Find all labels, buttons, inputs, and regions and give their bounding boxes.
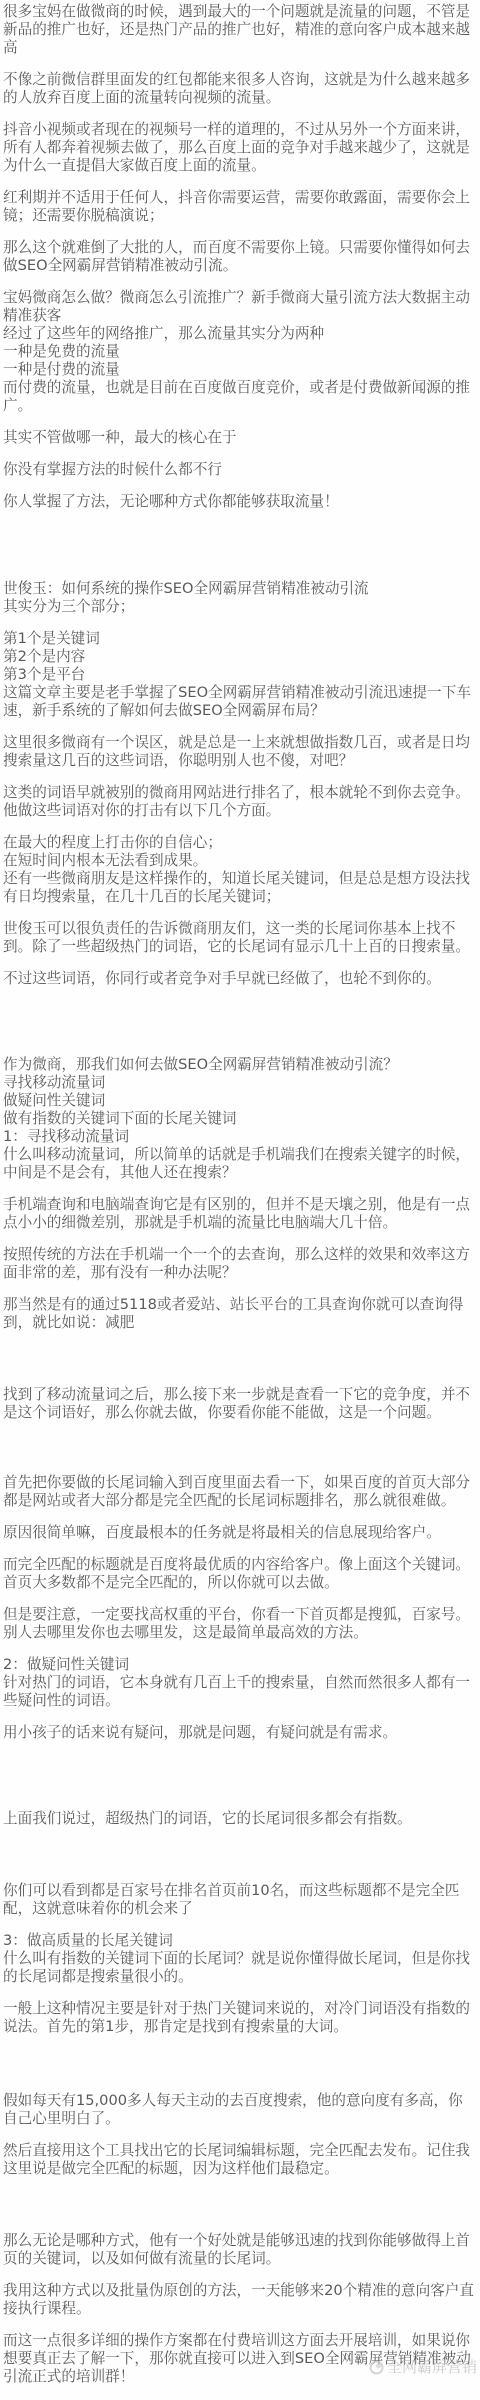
text-block: 第1个是关键词第2个是内容第3个是平台这篇文章主要是老手掌握了SEO全网霸屏营销… [3,630,477,720]
paragraph: 第3个是平台 [3,666,477,684]
paragraph: 红利期并不适用于任何人，抖音你需要运营，需要你敢露面，需要你会上镜；还需要你脱稿… [3,189,477,225]
text-block: 抖音小视频或者现在的视频号一样的道理的，不过从另外一个方面来讲，所有人都奔着视频… [3,121,477,175]
text-block: 然后直接用这个工具找出它的长尾词编辑标题，完全匹配去发布。记住我这里说是做完全匹… [3,2142,477,2178]
paragraph: 上面我们说过，超级热门的词语，它的长尾词很多都会有指数。 [3,1810,477,1828]
paragraph: 针对热门的词语，它本身就有几百上千的搜索量，自然而然很多人都有一些疑问性的词语。 [3,1674,477,1710]
text-block: 假如每天有15,000多人每天主动的去百度搜索，他的意向度有多高，你自己心里明白… [3,2092,477,2128]
paragraph: 我用这种方式以及批量伪原创的方法，一天能够来20个精准的意向客户直接执行课程。 [3,2282,477,2318]
text-block: 世俊玉可以很负责任的告诉微商朋友们，这一类的长尾词你基本上找不到。除了一些超级热… [3,920,477,956]
text-block: 原因很简单嘛，百度最根本的任务就是将最相关的信息展现给客户。 [3,1524,477,1542]
text-block: 上面我们说过，超级热门的词语，它的长尾词很多都会有指数。 [3,1810,477,1828]
paragraph: 但是要注意，一定要找高权重的平台，你看一下首页都是搜狐，百家号。别人去哪里发你也… [3,1606,477,1642]
paragraph: 其实分为三个部分； [3,598,477,616]
paragraph: 找到了移动流量词之后，那么接下来一步就是查看一下它的竞争度，并不是这个词语好，那… [3,1386,477,1422]
text-block: 一般上这种情况主要是针对于热门关键词来说的，对冷门词语没有指数的说法。首先的第1… [3,2000,477,2036]
paragraph: 经过了这些年的网络推广，那么流量其实分为两种 [3,325,477,343]
paragraph: 做有指数的关键词下面的长尾关键词 [3,1110,477,1128]
text-block: 在最大的程度上打击你的自信心；在短时间内根本无法看到成果。还有一些微商朋友是这样… [3,834,477,906]
paragraph: 在短时间内根本无法看到成果。 [3,852,477,870]
paragraph: 这里很多微商有一个误区，就是总是一上来就想做指数几百，或者是日均搜索量这几百的这… [3,734,477,770]
paragraph: 作为微商，那我们如何去做SEO全网霸屏营销精准被动引流？ [3,1056,477,1074]
paragraph: 这类的词语早就被别的微商用网站进行排名了，根本就轮不到你去竞争。他做这些词语对你… [3,784,477,820]
paragraph: 那当然是有的通过5118或者爱站、站长平台的工具查询你就可以查询得到，就比如说：… [3,1296,477,1332]
text-block: 但是要注意，一定要找高权重的平台，你看一下首页都是搜狐，百家号。别人去哪里发你也… [3,1606,477,1642]
paragraph: 而这一点很多详细的操作方案都在付费培训这方面去开展培训，如果说你想要真正去了解一… [3,2332,477,2386]
paragraph: 而付费的流量，也就是目前在百度做百度竞价，或者是付费做新闻源的推广。 [3,379,477,415]
paragraph: 用小孩子的话来说有疑问，那就是问题，有疑问就是有需求。 [3,1724,477,1742]
text-block: 这类的词语早就被别的微商用网站进行排名了，根本就轮不到你去竞争。他做这些词语对你… [3,784,477,820]
text-block: 其实不管做哪一种，最大的核心在于 [3,429,477,447]
paragraph: 什么叫移动流量词，所以简单的话就是手机端我们在搜索关键字的时候，中间是不是会有，… [3,1146,477,1182]
paragraph: 很多宝妈在做微商的时候，遇到最大的一个问题就是流量的问题，不管是新品的推广也好，… [3,3,477,57]
paragraph: 3：做高质量的长尾关键词 [3,1932,477,1950]
paragraph: 第2个是内容 [3,648,477,666]
paragraph: 然后直接用这个工具找出它的长尾词编辑标题，完全匹配去发布。记住我这里说是做完全匹… [3,2142,477,2178]
paragraph: 一种是免费的流量 [3,343,477,361]
paragraph: 其实不管做哪一种，最大的核心在于 [3,429,477,447]
paragraph: 而完全匹配的标题就是百度将最优质的内容给客户。像上面这个关键词。首页大多数都不是… [3,1556,477,1592]
paragraph: 世俊玉：如何系统的操作SEO全网霸屏营销精准被动引流 [3,580,477,598]
paragraph: 你没有掌握方法的时候什么都不行 [3,461,477,479]
text-block: 那么这个就难倒了大批的人，而百度不需要你上镜。只需要你懂得如何去做SEO全网霸屏… [3,239,477,275]
paragraph: 原因很简单嘛，百度最根本的任务就是将最相关的信息展现给客户。 [3,1524,477,1542]
paragraph: 在最大的程度上打击你的自信心； [3,834,477,852]
paragraph: 你人掌握了方法，无论哪种方式你都能够获取流量！ [3,493,477,511]
paragraph: 1：寻找移动流量词 [3,1128,477,1146]
text-block: 你人掌握了方法，无论哪种方式你都能够获取流量！ [3,493,477,511]
text-block: 不过这些词语，你同行或者竞争对手早就已经做了，也轮不到你的。 [3,970,477,988]
text-block: 作为微商，那我们如何去做SEO全网霸屏营销精准被动引流？寻找移动流量词做疑问性关… [3,1056,477,1182]
paragraph: 那么这个就难倒了大批的人，而百度不需要你上镜。只需要你懂得如何去做SEO全网霸屏… [3,239,477,275]
paragraph: 做疑问性关键词 [3,1092,477,1110]
text-block: 你没有掌握方法的时候什么都不行 [3,461,477,479]
paragraph: 首先把你要做的长尾词输入到百度里面去看一下，如果百度的首页大部分都是网站或者大部… [3,1474,477,1510]
text-block: 而完全匹配的标题就是百度将最优质的内容给客户。像上面这个关键词。首页大多数都不是… [3,1556,477,1592]
text-block: 不像之前微信群里面发的红包都能来很多人咨询，这就是为什么越来越多的人放弃百度上面… [3,71,477,107]
text-block: 世俊玉：如何系统的操作SEO全网霸屏营销精准被动引流其实分为三个部分； [3,580,477,616]
paragraph: 2：做疑问性关键词 [3,1656,477,1674]
paragraph: 按照传统的方法在手机端一个一个的去查询，那么这样的效果和效率这方面非常的差，那有… [3,1246,477,1282]
paragraph: 一般上这种情况主要是针对于热门关键词来说的，对冷门词语没有指数的说法。首先的第1… [3,2000,477,2036]
text-block: 我用这种方式以及批量伪原创的方法，一天能够来20个精准的意向客户直接执行课程。 [3,2282,477,2318]
text-block: 你们可以看到都是百家号在排名首页前10名，而这些标题都不是完全匹配，这就意味着你… [3,1882,477,1918]
paragraph: 一种是付费的流量 [3,361,477,379]
paragraph: 还有一些微商朋友是这样操作的，知道长尾关键词，但是总是想方设法找有日均搜索量，在… [3,870,477,906]
paragraph: 不过这些词语，你同行或者竞争对手早就已经做了，也轮不到你的。 [3,970,477,988]
text-block: 红利期并不适用于任何人，抖音你需要运营，需要你敢露面，需要你会上镜；还需要你脱稿… [3,189,477,225]
paragraph: 什么叫有指数的关键词下面的长尾词？就是说你懂得做长尾词，但是你找的长尾词都是搜索… [3,1950,477,1986]
article-body: 很多宝妈在做微商的时候，遇到最大的一个问题就是流量的问题，不管是新品的推广也好，… [0,0,480,2386]
text-block: 按照传统的方法在手机端一个一个的去查询，那么这样的效果和效率这方面非常的差，那有… [3,1246,477,1282]
paragraph: 第1个是关键词 [3,630,477,648]
text-block: 宝妈微商怎么做？微商怎么引流推广？新手微商大量引流方法大数据主动精准获客经过了这… [3,289,477,415]
paragraph: 那么无论是哪种方式，他有一个好处就是能够迅速的找到你能够做得上首页的关键词，以及… [3,2232,477,2268]
paragraph: 手机端查询和电脑端查询它是有区别的，但并不是天壤之别，他是有一点点小小的细微差别… [3,1196,477,1232]
article-page: 很多宝妈在做微商的时候，遇到最大的一个问题就是流量的问题，不管是新品的推广也好，… [0,0,480,2400]
text-block: 首先把你要做的长尾词输入到百度里面去看一下，如果百度的首页大部分都是网站或者大部… [3,1474,477,1510]
text-block: 这里很多微商有一个误区，就是总是一上来就想做指数几百，或者是日均搜索量这几百的这… [3,734,477,770]
paragraph: 世俊玉可以很负责任的告诉微商朋友们，这一类的长尾词你基本上找不到。除了一些超级热… [3,920,477,956]
text-block: 用小孩子的话来说有疑问，那就是问题，有疑问就是有需求。 [3,1724,477,1742]
text-block: 那当然是有的通过5118或者爱站、站长平台的工具查询你就可以查询得到，就比如说：… [3,1296,477,1332]
paragraph: 宝妈微商怎么做？微商怎么引流推广？新手微商大量引流方法大数据主动精准获客 [3,289,477,325]
text-block: 找到了移动流量词之后，那么接下来一步就是查看一下它的竞争度，并不是这个词语好，那… [3,1386,477,1422]
text-block: 手机端查询和电脑端查询它是有区别的，但并不是天壤之别，他是有一点点小小的细微差别… [3,1196,477,1232]
paragraph: 这篇文章主要是老手掌握了SEO全网霸屏营销精准被动引流迅速提一下车速，新手系统的… [3,684,477,720]
paragraph: 假如每天有15,000多人每天主动的去百度搜索，他的意向度有多高，你自己心里明白… [3,2092,477,2128]
paragraph: 你们可以看到都是百家号在排名首页前10名，而这些标题都不是完全匹配，这就意味着你… [3,1882,477,1918]
text-block: 很多宝妈在做微商的时候，遇到最大的一个问题就是流量的问题，不管是新品的推广也好，… [3,3,477,57]
paragraph: 不像之前微信群里面发的红包都能来很多人咨询，这就是为什么越来越多的人放弃百度上面… [3,71,477,107]
text-block: 那么无论是哪种方式，他有一个好处就是能够迅速的找到你能够做得上首页的关键词，以及… [3,2232,477,2268]
paragraph: 抖音小视频或者现在的视频号一样的道理的，不过从另外一个方面来讲，所有人都奔着视频… [3,121,477,175]
paragraph: 寻找移动流量词 [3,1074,477,1092]
text-block: 3：做高质量的长尾关键词什么叫有指数的关键词下面的长尾词？就是说你懂得做长尾词，… [3,1932,477,1986]
text-block: 2：做疑问性关键词针对热门的词语，它本身就有几百上千的搜索量，自然而然很多人都有… [3,1656,477,1710]
text-block: 而这一点很多详细的操作方案都在付费培训这方面去开展培训，如果说你想要真正去了解一… [3,2332,477,2386]
